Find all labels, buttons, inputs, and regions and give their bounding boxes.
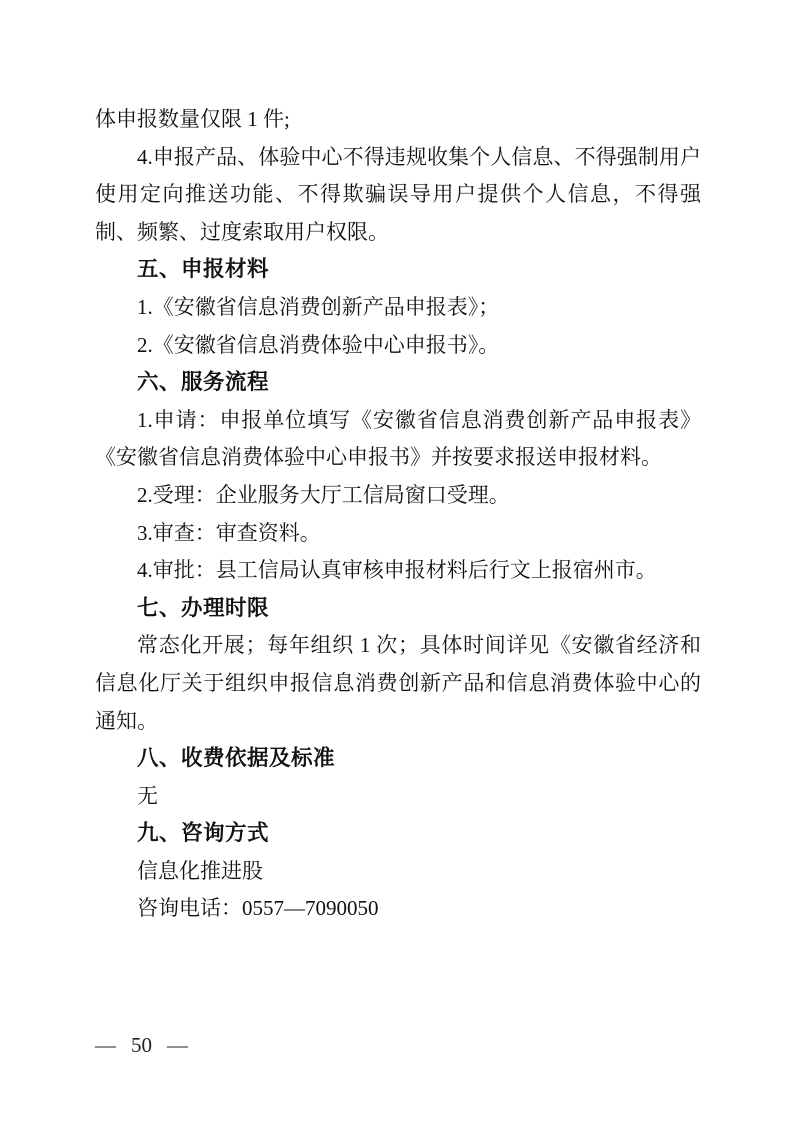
- page-footer: — 50 —: [95, 1031, 188, 1059]
- paragraph-personal-info-rules: 4.申报产品、体验中心不得违规收集个人信息、不得强制用户使用定向推送功能、不得欺…: [95, 139, 701, 252]
- section-heading-time-limit: 七、办理时限: [95, 590, 701, 628]
- contact-phone: 咨询电话：0557—7090050: [95, 890, 701, 928]
- page-number: 50: [131, 1031, 152, 1059]
- time-limit-paragraph: 常态化开展；每年组织 1 次；具体时间详见《安徽省经济和信息化厅关于组织申报信息…: [95, 627, 701, 740]
- process-step-accept: 2.受理：企业服务大厅工信局窗口受理。: [95, 477, 701, 515]
- process-step-apply: 1.申请：申报单位填写《安徽省信息消费创新产品申报表》《安徽省信息消费体验中心申…: [95, 402, 701, 477]
- fees-paragraph: 无: [95, 778, 701, 816]
- materials-item-1: 1.《安徽省信息消费创新产品申报表》；: [95, 289, 701, 327]
- footer-dash-left: —: [95, 1031, 116, 1059]
- section-heading-materials: 五、申报材料: [95, 251, 701, 289]
- section-heading-fees: 八、收费依据及标准: [95, 740, 701, 778]
- document-page: 体申报数量仅限 1 件; 4.申报产品、体验中心不得违规收集个人信息、不得强制用…: [0, 0, 793, 1122]
- section-heading-process: 六、服务流程: [95, 364, 701, 402]
- process-step-review: 3.审查：审查资料。: [95, 515, 701, 553]
- paragraph-continuation: 体申报数量仅限 1 件;: [95, 101, 701, 139]
- footer-dash-right: —: [167, 1031, 188, 1059]
- materials-item-2: 2.《安徽省信息消费体验中心申报书》。: [95, 327, 701, 365]
- process-step-approve: 4.审批：县工信局认真审核申报材料后行文上报宿州市。: [95, 552, 701, 590]
- contact-department: 信息化推进股: [95, 853, 701, 891]
- document-body: 体申报数量仅限 1 件; 4.申报产品、体验中心不得违规收集个人信息、不得强制用…: [95, 101, 701, 928]
- section-heading-contact: 九、咨询方式: [95, 815, 701, 853]
